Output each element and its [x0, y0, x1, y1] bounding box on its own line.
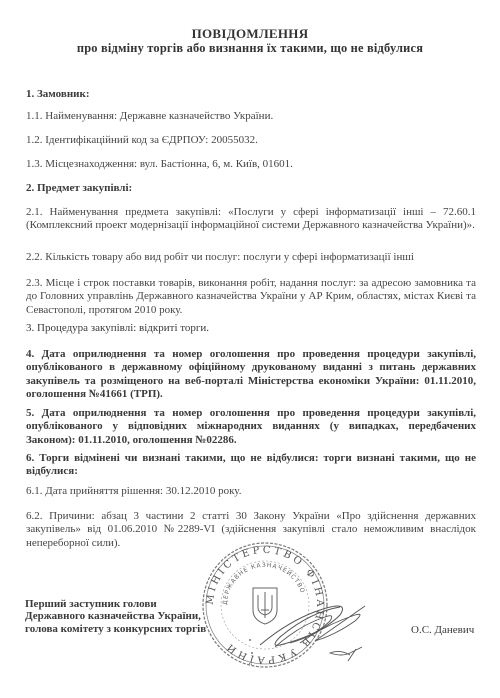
- document-page: ПОВІДОМЛЕННЯ про відміну торгів або визн…: [0, 0, 500, 698]
- section-5: 5. Дата оприлюднення та номер оголошення…: [26, 407, 476, 447]
- signatory-title: Перший заступник голови Державного казна…: [25, 598, 206, 635]
- signatory-name: О.С. Даневич: [411, 624, 474, 636]
- section-3: 3. Процедура закупівлі: відкриті торги.: [26, 322, 476, 335]
- signatory-line-1: Перший заступник голови: [25, 598, 206, 610]
- document-subtitle: про відміну торгів або визнання їх таким…: [0, 41, 500, 56]
- section-1-1: 1.1. Найменування: Державне казначейство…: [26, 110, 476, 123]
- section-2-3: 2.3. Місце і строк поставки товарів, вик…: [26, 277, 476, 317]
- section-2-heading: 2. Предмет закупівлі:: [26, 182, 132, 194]
- handwritten-signature-icon: [240, 585, 390, 665]
- section-1-heading: 1. Замовник:: [26, 88, 90, 100]
- section-1-2: 1.2. Ідентифікаційний код за ЄДРПОУ: 200…: [26, 134, 476, 147]
- signatory-line-2: Державного казначейства України,: [25, 610, 206, 622]
- section-2-1: 2.1. Найменування предмета закупівлі: «П…: [26, 206, 476, 233]
- section-4: 4. Дата оприлюднення та номер оголошення…: [26, 348, 476, 402]
- signatory-line-3: голова комітету з конкурсних торгів: [25, 623, 206, 635]
- section-1-3: 1.3. Місцезнаходження: вул. Бастіонна, 6…: [26, 158, 476, 171]
- section-6: 6. Торги відмінені чи визнані такими, що…: [26, 452, 476, 479]
- document-title: ПОВІДОМЛЕННЯ: [0, 26, 500, 42]
- section-2-2: 2.2. Кількість товару або вид робіт чи п…: [26, 251, 476, 264]
- section-6-1: 6.1. Дата прийняття рішення: 30.12.2010 …: [26, 485, 476, 498]
